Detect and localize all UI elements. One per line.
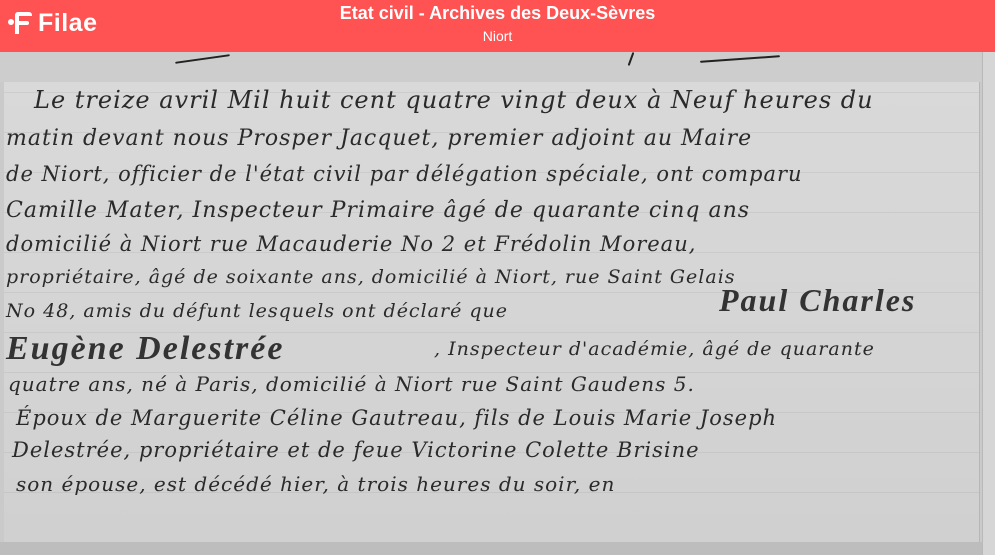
page-subtitle: Niort — [0, 26, 995, 46]
handwritten-line-8-cont: , Inspecteur d'académie, âgé de quarante — [434, 338, 875, 360]
highlighted-name-paul-charles: Paul Charles — [719, 282, 916, 319]
page-title: Etat civil - Archives des Deux-Sèvres — [0, 2, 995, 24]
document-viewer[interactable]: Le treize avril Mil huit cent quatre vin… — [0, 52, 995, 555]
handwritten-line-7: No 48, amis du défunt lesquels ont décla… — [6, 300, 508, 322]
handwritten-line-9: quatre ans, né à Paris, domicilié à Nior… — [8, 372, 695, 396]
handwritten-line-5: domicilié à Niort rue Macauderie No 2 et… — [6, 232, 696, 256]
handwritten-line-11: Delestrée, propriétaire et de feue Victo… — [12, 438, 700, 462]
handwritten-line-3: de Niort, officier de l'état civil par d… — [6, 162, 803, 186]
handwritten-line-12: son épouse, est décédé hier, à trois heu… — [16, 472, 615, 496]
handwritten-line-6: propriétaire, âgé de soixante ans, domic… — [6, 266, 736, 288]
page-top-margin — [0, 52, 995, 82]
page-bottom-edge — [0, 542, 995, 555]
document-page: Le treize avril Mil huit cent quatre vin… — [4, 82, 980, 543]
top-bar: Filae Etat civil - Archives des Deux-Sèv… — [0, 0, 995, 52]
handwritten-line-4: Camille Mater, Inspecteur Primaire âgé d… — [6, 198, 750, 223]
highlighted-name-eugene-delestree: Eugène Delestrée — [6, 330, 284, 368]
page-right-edge — [982, 52, 995, 555]
handwritten-line-2: matin devant nous Prosper Jacquet, premi… — [6, 126, 752, 151]
handwritten-line-1: Le treize avril Mil huit cent quatre vin… — [34, 86, 874, 114]
header-titles: Etat civil - Archives des Deux-Sèvres Ni… — [0, 2, 995, 46]
handwritten-line-10: Époux de Marguerite Céline Gautreau, fil… — [16, 406, 777, 430]
